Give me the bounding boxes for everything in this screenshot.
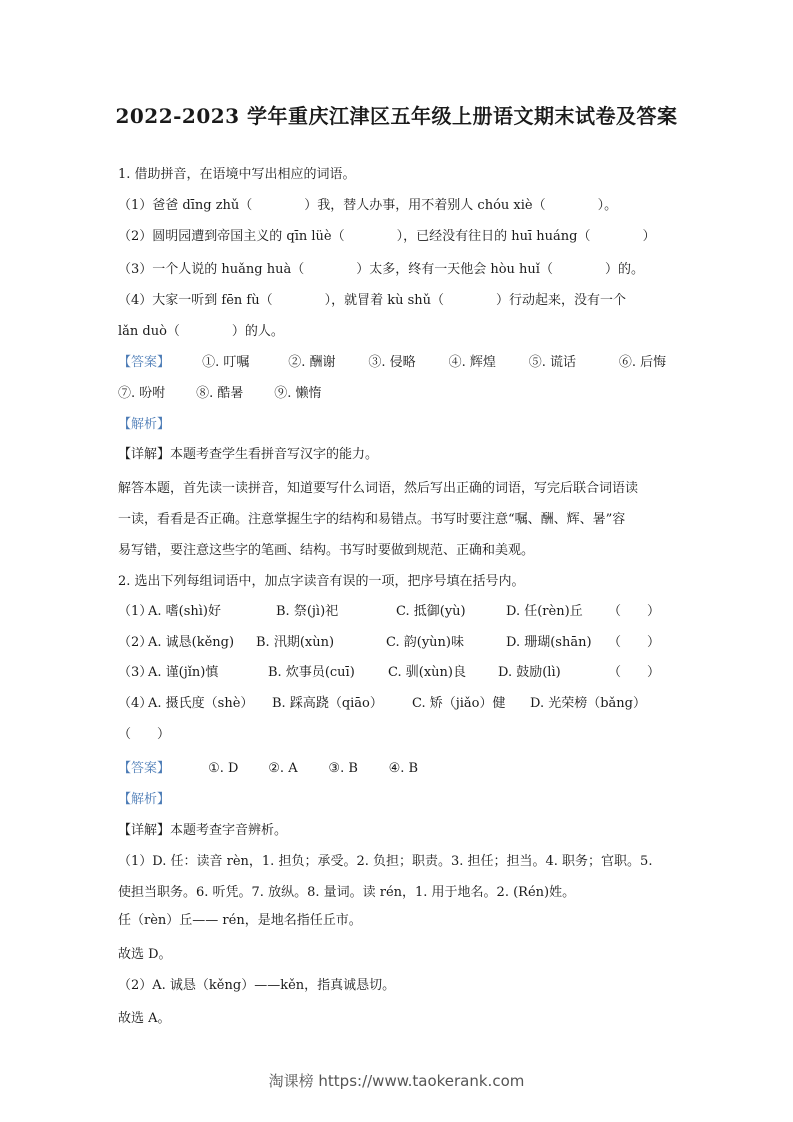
q2-detail-3: 使担当职务。6. 听凭。7. 放纵。8. 量词。读 rén，1. 用于地名。2.… [118, 884, 678, 902]
answer-item: ⑧. 酷暑 [196, 385, 270, 403]
option: A. 嗜(shì)好 [148, 603, 276, 621]
answer-item: ⑤. 谎话 [529, 354, 615, 372]
q2-group-3: （3） A. 谨(jǐn)慎 B. 炊事员(cuī) C. 驯(xùn)良 D.… [118, 664, 678, 682]
q1-item-1: （1）爸爸 dīng zhǔ（ ）我，替人办事，用不着别人 chóu xiè（ … [118, 197, 678, 215]
analysis-label: 【解析】 [118, 416, 678, 434]
q2-detail-5: 故选 D。 [118, 946, 678, 964]
option: D. 任(rèn)丘 [506, 603, 608, 621]
q2-stem: 2. 选出下列每组词语中，加点字读音有误的一项，把序号填在括号内。 [118, 573, 678, 591]
q1-detail-4: 易写错，要注意这些字的笔画、结构。书写时要做到规范、正确和美观。 [118, 542, 678, 560]
option: B. 踩高跷（qiāo） [272, 695, 412, 713]
q2-group-2: （2） A. 诚恳(kěng) B. 汛期(xùn) C. 韵(yùn)味 D.… [118, 634, 678, 652]
answer-blank: （ ） [608, 603, 660, 621]
option: D. 珊瑚(shān) [506, 634, 608, 652]
answer-item: ④. B [389, 760, 418, 778]
group-number: （4） [118, 695, 148, 713]
q1-item-4-cont: lǎn duò（ ）的人。 [118, 323, 678, 341]
option: C. 抵御(yù) [396, 603, 506, 621]
answer-item: ②. A [268, 760, 324, 778]
answer-label: 【答案】 [118, 354, 198, 372]
option: C. 驯(xùn)良 [388, 664, 498, 682]
option: A. 诚恳(kěng) [148, 634, 256, 652]
answer-item: ②. 酬谢 [288, 354, 364, 372]
option: B. 汛期(xùn) [256, 634, 386, 652]
q1-answers-row-1: 【答案】 ①. 叮嘱 ②. 酬谢 ③. 侵略 ④. 辉煌 ⑤. 谎话 ⑥. 后悔 [118, 354, 678, 372]
answer-item: ⑨. 懒惰 [274, 385, 321, 403]
answer-item: ①. 叮嘱 [202, 354, 284, 372]
answer-label: 【答案】 [118, 760, 204, 778]
q1-stem: 1. 借助拼音，在语境中写出相应的词语。 [118, 166, 678, 184]
answer-blank: （ ） [608, 634, 660, 652]
option: C. 矫（jiǎo）健 [412, 695, 530, 713]
answer-blank: （ ） [608, 664, 660, 682]
option: A. 谨(jǐn)慎 [148, 664, 268, 682]
q1-item-3: （3）一个人说的 huǎng huà（ ）太多，终有一天他会 hòu huǐ（ … [118, 261, 678, 279]
option: B. 祭(jì)祀 [276, 603, 396, 621]
q1-item-2: （2）圆明园遭到帝国主义的 qīn lüè（ ），已经没有往日的 huī huá… [118, 228, 678, 246]
page-title: 2022-2023 学年重庆江津区五年级上册语文期末试卷及答案 [0, 100, 793, 129]
option: A. 摄氏度（shè） [148, 695, 272, 713]
option: C. 韵(yùn)味 [386, 634, 506, 652]
q1-detail-3: 一读，看看是否正确。注意掌握生字的结构和易错点。书写时要注意“嘱、酬、辉、暑”容 [118, 511, 678, 529]
q2-detail-6: （2）A. 诚恳（kěng）——kěn，指真诚恳切。 [118, 977, 678, 995]
answer-item: ③. B [328, 760, 384, 778]
answer-item: ⑥. 后悔 [619, 354, 666, 372]
q2-answers-row: 【答案】 ①. D ②. A ③. B ④. B [118, 760, 678, 778]
group-number: （2） [118, 634, 148, 652]
group-number: （1） [118, 603, 148, 621]
q2-detail-1: 【详解】本题考查字音辨析。 [118, 822, 678, 840]
group-number: （3） [118, 664, 148, 682]
option: D. 光荣榜（bǎng） [530, 695, 646, 713]
answer-item: ③. 侵略 [368, 354, 444, 372]
q2-detail-7: 故选 A。 [118, 1010, 678, 1028]
q2-group-4-blank: （ ） [118, 726, 678, 744]
q2-group-4: （4） A. 摄氏度（shè） B. 踩高跷（qiāo） C. 矫（jiǎo）健… [118, 695, 678, 713]
answer-item: ⑦. 吩咐 [118, 385, 192, 403]
option: B. 炊事员(cuī) [268, 664, 388, 682]
q1-detail-2: 解答本题，首先读一读拼音，知道要写什么词语，然后写出正确的词语，写完后联合词语读 [118, 480, 678, 498]
q2-group-1: （1） A. 嗜(shì)好 B. 祭(jì)祀 C. 抵御(yù) D. 任(… [118, 603, 678, 621]
answer-item: ①. D [208, 760, 264, 778]
q2-detail-4: 任（rèn）丘—— rén，是地名指任丘市。 [118, 912, 678, 930]
q2-detail-2: （1）D. 任：读音 rèn，1. 担负；承受。2. 负担；职责。3. 担任；担… [118, 853, 678, 871]
q1-detail-1: 【详解】本题考查学生看拼音写汉字的能力。 [118, 446, 678, 464]
option: D. 鼓励(lì) [498, 664, 608, 682]
footer-watermark: 淘课榜 https://www.taokerank.com [0, 1070, 793, 1091]
answer-item: ④. 辉煌 [449, 354, 525, 372]
analysis-label: 【解析】 [118, 791, 678, 809]
q1-answers-row-2: ⑦. 吩咐 ⑧. 酷暑 ⑨. 懒惰 [118, 385, 678, 403]
q1-item-4: （4）大家一听到 fēn fù（ ），就冒着 kù shǔ（ ）行动起来，没有一… [118, 292, 678, 310]
